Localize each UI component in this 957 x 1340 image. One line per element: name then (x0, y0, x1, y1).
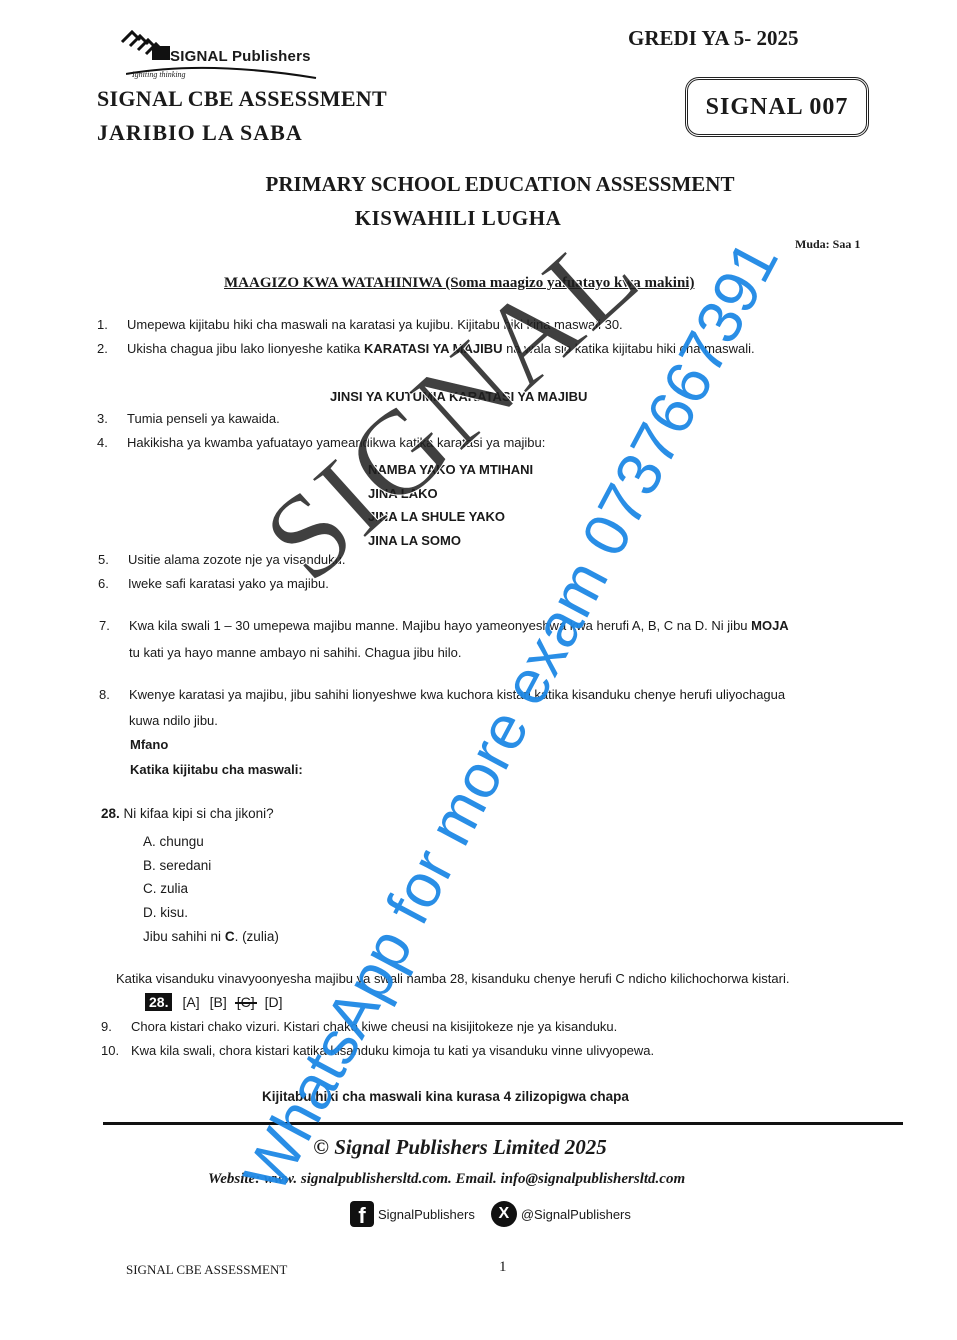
x-twitter-icon: X (491, 1201, 517, 1227)
publisher-logo: SIGNAL Publishers Igniting thinking (118, 28, 318, 86)
step-item: 5.Usitie alama zozote nje ya visanduku. (98, 551, 346, 569)
required-field: NAMBA YAKO YA MTIHANI (368, 458, 533, 482)
publisher-tagline: Igniting thinking (132, 70, 186, 79)
instructions-heading: MAAGIZO KWA WATAHINIWA (Soma maagizo yaf… (224, 275, 694, 292)
required-field: JINA LA SHULE YAKO (368, 505, 533, 529)
duration-label: Muda: Saa 1 (795, 237, 860, 252)
social-links: f SignalPublishers X @SignalPublishers (350, 1201, 631, 1227)
example-answer: Jibu sahihi ni C. (zulia) (143, 925, 279, 949)
exam-title: PRIMARY SCHOOL EDUCATION ASSESSMENT (0, 172, 957, 197)
facebook-link: f SignalPublishers (350, 1201, 475, 1227)
step-item: 8.Kwenye karatasi ya majibu, jibu sahihi… (99, 686, 839, 704)
option-c: C. zulia (143, 877, 279, 901)
required-fields-list: NAMBA YAKO YA MTIHANI JINA LAKO JINA LA … (368, 458, 533, 552)
option-a: A. chungu (143, 830, 279, 854)
footer-series: SIGNAL CBE ASSESSMENT (126, 1262, 287, 1278)
step-item-continuation: tu kati ya hayo manne ambayo ni sahihi. … (129, 644, 461, 662)
instruction-item: 1.Umepewa kijitabu hiki cha maswali na k… (97, 316, 623, 334)
step-item: 4.Hakikisha ya kwamba yafuatayo yameandi… (97, 434, 545, 452)
answer-sheet-row: 28. [A] [B] [C] [D] (145, 993, 283, 1011)
example-question: 28. Ni kifaa kipi si cha jikoni? (101, 806, 274, 821)
option-b: B. seredani (143, 854, 279, 878)
copyright: © Signal Publishers Limited 2025 (0, 1135, 920, 1160)
step-item: 6.Iweke safi karatasi yako ya majibu. (98, 575, 329, 593)
bubble-d: [D] (265, 994, 283, 1010)
required-field: JINA LA SOMO (368, 529, 533, 553)
books-icon (118, 28, 174, 62)
step-item: 3.Tumia penseli ya kawaida. (97, 410, 280, 428)
answer-sheet-heading: JINSI YA KUTUMIA KARATASI YA MAJIBU (330, 389, 587, 404)
example-context: Katika kijitabu cha maswali: (130, 761, 303, 779)
instruction-item: 2.Ukisha chagua jibu lako lionyeshe kati… (97, 340, 755, 358)
step-item: 10.Kwa kila swali, chora kistari katika … (101, 1042, 654, 1060)
test-name: JARIBIO LA SABA (97, 120, 303, 146)
answer-sheet-explanation: Katika visanduku vinavyoonyesha majibu y… (116, 970, 856, 988)
step-item: 9.Chora kistari chako vizuri. Kistari ch… (101, 1018, 617, 1036)
step-item-continuation: kuwa ndilo jibu. (129, 712, 218, 730)
step-item: 7.Kwa kila swali 1 – 30 umepewa majibu m… (99, 617, 839, 635)
pages-note: Kijitabu hiki cha maswali kina kurasa 4 … (262, 1089, 629, 1104)
subject-title: KISWAHILI LUGHA (0, 206, 916, 231)
page-number: 1 (499, 1259, 507, 1276)
example-label: Mfano (130, 736, 168, 754)
required-field: JINA LAKO (368, 482, 533, 506)
bubble-a: [A] (182, 994, 199, 1010)
grade-label: GREDI YA 5- 2025 (628, 26, 799, 51)
facebook-icon: f (350, 1201, 374, 1227)
footer-divider (103, 1122, 903, 1125)
assessment-line: SIGNAL CBE ASSESSMENT (97, 86, 387, 112)
paper-code-badge: SIGNAL 007 (685, 77, 869, 137)
example-options: A. chungu B. seredani C. zulia D. kisu. … (143, 830, 279, 949)
question-number-box: 28. (145, 993, 172, 1011)
bubble-c-marked: [C] (237, 994, 255, 1010)
x-link: X @SignalPublishers (491, 1201, 631, 1227)
contact-info: Website: www. signalpublishersltd.com. E… (208, 1171, 685, 1188)
option-d: D. kisu. (143, 901, 279, 925)
bubble-b: [B] (210, 994, 227, 1010)
